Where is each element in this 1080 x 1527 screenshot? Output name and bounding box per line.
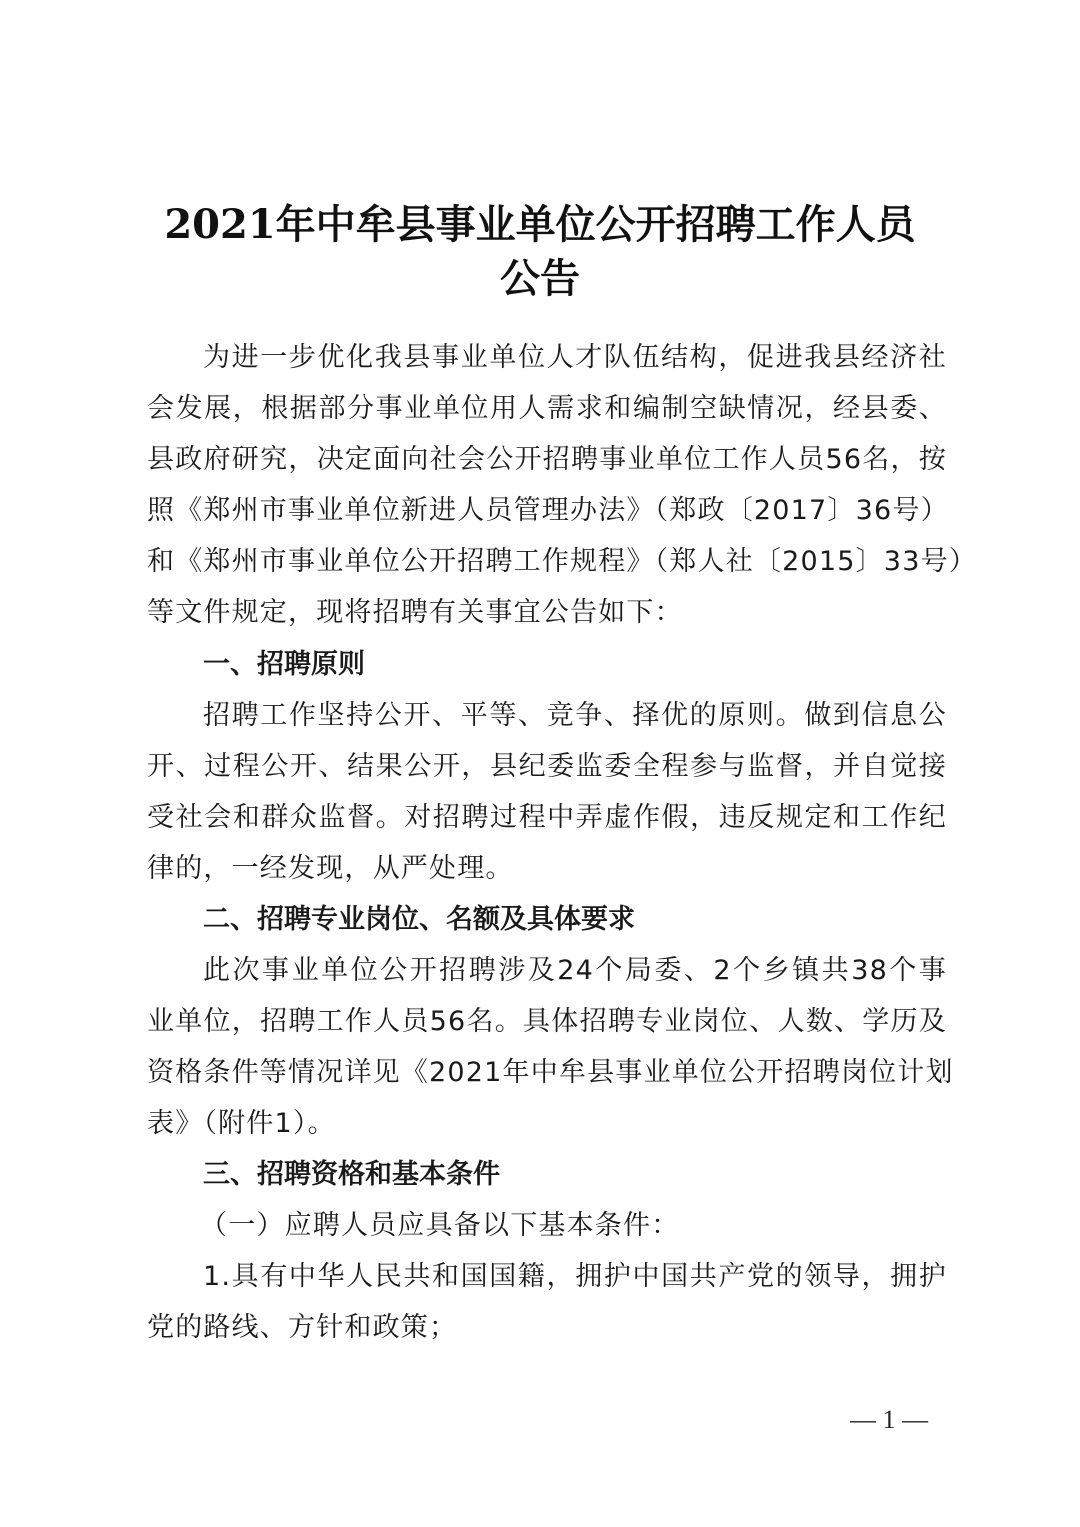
intro-line: 县政府研究，决定面向社会公开招聘事业单位工作人员56名，按	[147, 442, 947, 478]
paragraph-line: 受社会和群众监督。对招聘过程中弄虚作假，违反规定和工作纪	[147, 800, 947, 836]
intro-line: 照《郑州市事业单位新进人员管理办法》（郑政〔2017〕36号）	[147, 493, 947, 529]
paragraph-line: 1.具有中华人民共和国国籍，拥护中国共产党的领导，拥护	[203, 1259, 947, 1295]
section-heading: 二、招聘专业岗位、名额及具体要求	[203, 902, 1003, 938]
subsection-heading: （一）应聘人员应具备以下基本条件：	[200, 1208, 1000, 1244]
section-heading: 三、招聘资格和基本条件	[203, 1157, 1003, 1193]
paragraph-line: 资格条件等情况详见《2021年中牟县事业单位公开招聘岗位计划	[147, 1055, 947, 1091]
paragraph-line: 业单位，招聘工作人员56名。具体招聘专业岗位、人数、学历及	[147, 1004, 947, 1040]
paragraph-line: 表》（附件1）。	[147, 1106, 947, 1142]
intro-line: 会发展，根据部分事业单位用人需求和编制空缺情况，经县委、	[147, 391, 947, 427]
paragraph-line: 此次事业单位公开招聘涉及24个局委、2个乡镇共38个事	[203, 953, 947, 989]
paragraph-line: 党的路线、方针和政策；	[147, 1310, 947, 1346]
page-number: — 1 —	[850, 1405, 928, 1435]
document-title-line2: 公告	[0, 247, 1080, 304]
intro-line: 为进一步优化我县事业单位人才队伍结构，促进我县经济社	[203, 340, 947, 376]
section-heading: 一、招聘原则	[203, 647, 1003, 683]
paragraph-line: 招聘工作坚持公开、平等、竞争、择优的原则。做到信息公	[203, 698, 947, 734]
intro-line: 和《郑州市事业单位公开招聘工作规程》（郑人社〔2015〕33号）	[147, 544, 947, 580]
paragraph-line: 律的，一经发现，从严处理。	[147, 851, 947, 887]
intro-line: 等文件规定，现将招聘有关事宜公告如下：	[147, 595, 947, 631]
document-page: 2021年中牟县事业单位公开招聘工作人员 公告 为进一步优化我县事业单位人才队伍…	[0, 0, 1080, 1527]
paragraph-line: 开、过程公开、结果公开，县纪委监委全程参与监督，并自觉接	[147, 749, 947, 785]
document-title: 2021年中牟县事业单位公开招聘工作人员	[0, 193, 1080, 250]
